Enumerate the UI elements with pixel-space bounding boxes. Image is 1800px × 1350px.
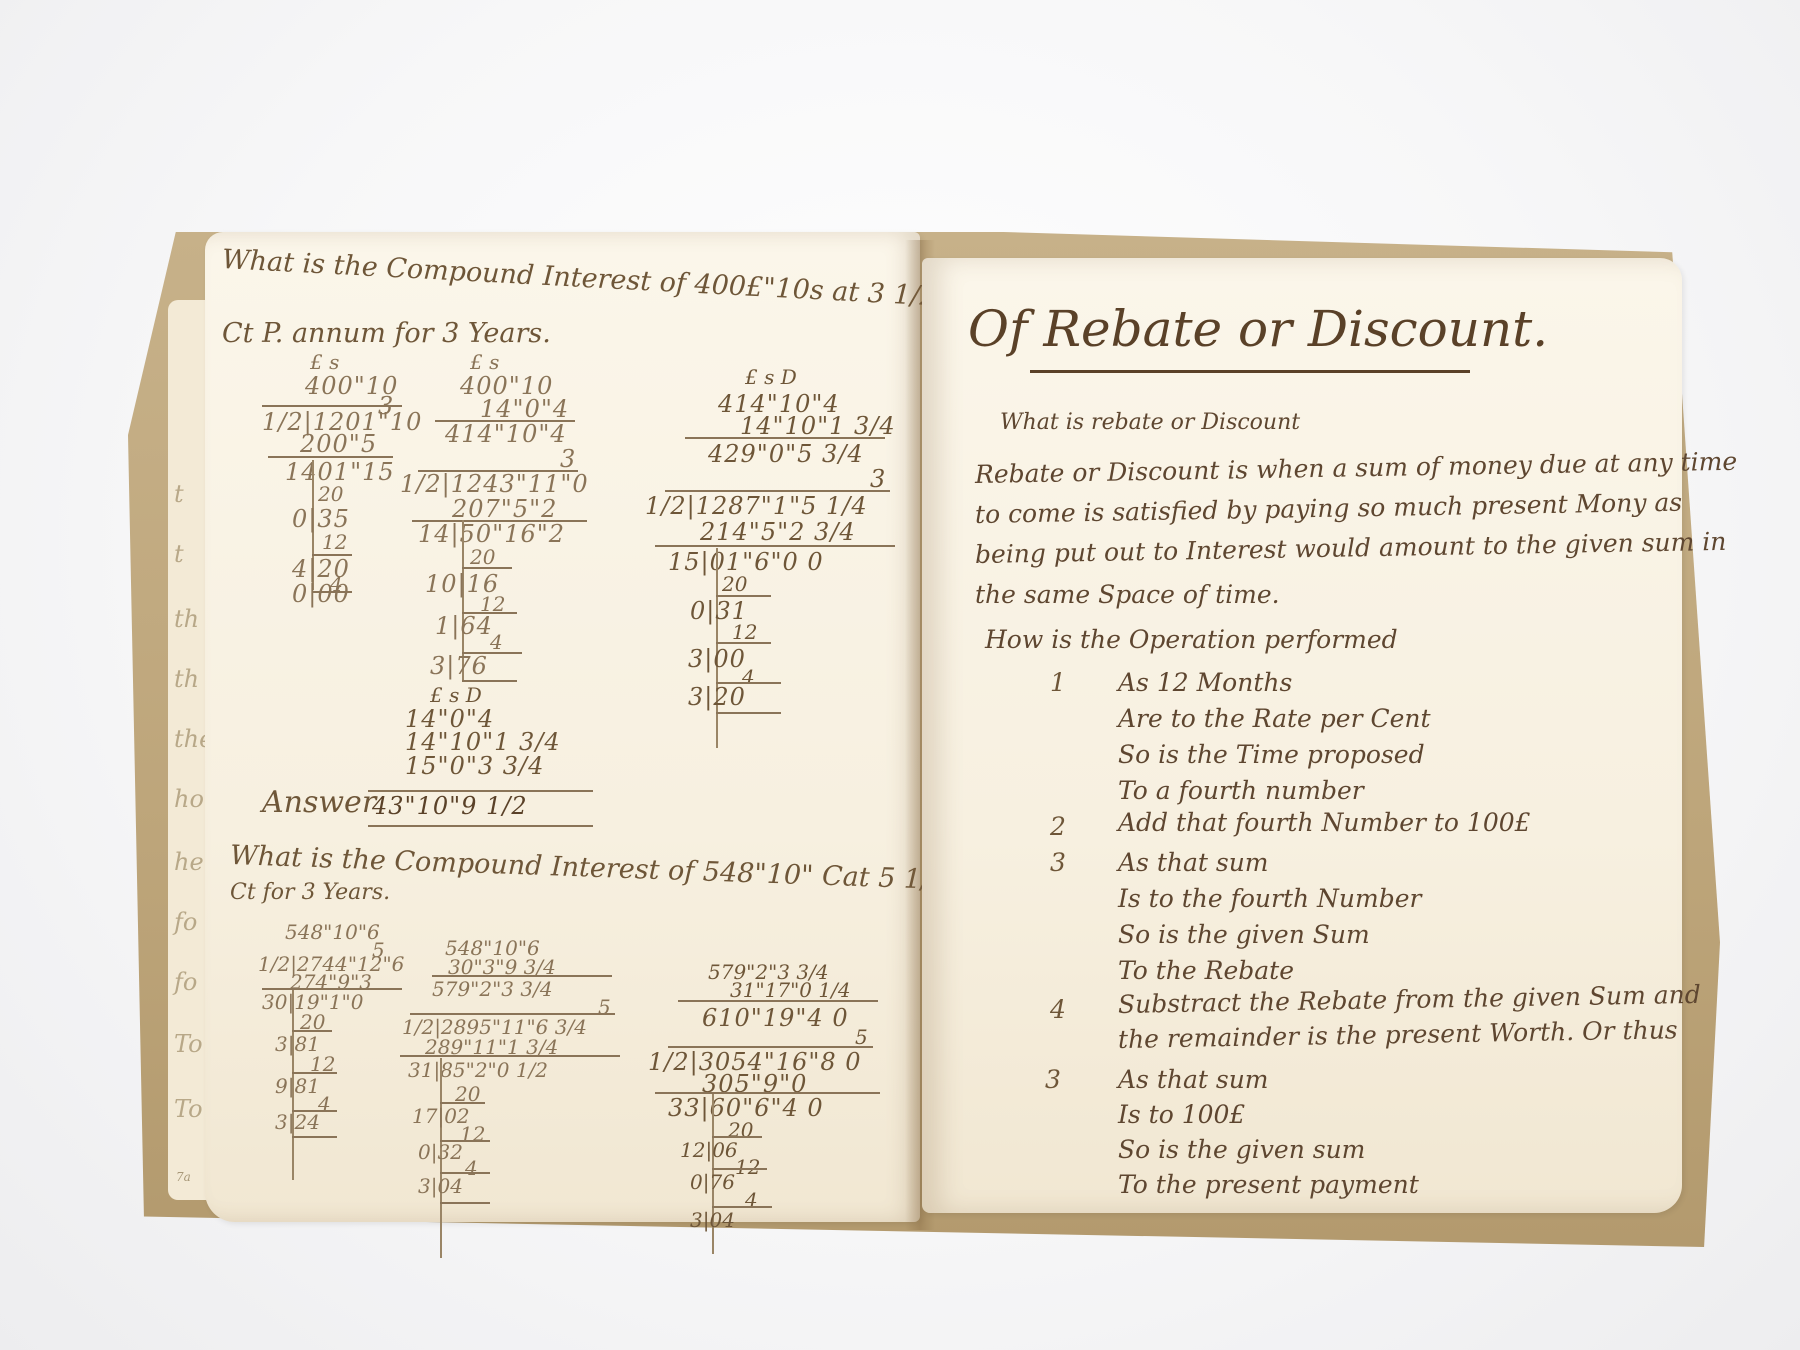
column-header: £ s — [470, 350, 499, 374]
calc-row: 3|20 — [688, 683, 746, 711]
operation-heading: How is the Operation performed — [985, 625, 1398, 654]
step-number: 2 — [1050, 812, 1066, 841]
step-line: So is the given Sum — [1118, 920, 1370, 949]
calc-row: 1|64 — [435, 612, 493, 640]
step-line: As 12 Months — [1118, 668, 1292, 697]
step-number: 1 — [1050, 668, 1066, 697]
step-line: To a fourth number — [1118, 776, 1364, 805]
ghost-fragment: th — [174, 665, 199, 693]
calc-row: 548"10"6 — [285, 920, 380, 944]
calc-row: 12 — [732, 620, 757, 644]
step-line: Is to the fourth Number — [1118, 884, 1421, 913]
calc-row: 20 — [318, 482, 343, 506]
rebate-question: What is rebate or Discount — [1000, 410, 1300, 435]
calc-row: 12 — [460, 1122, 485, 1146]
calc-row: 20 — [722, 572, 747, 596]
problem-1-question-line-2: Ct P. annum for 3 Years. — [222, 318, 551, 349]
ghost-fragment: fo — [174, 908, 197, 936]
calc-row: 610"19"4 0 — [702, 1004, 849, 1032]
calc-row: 0|00 — [292, 580, 350, 608]
calc-row: 3|76 — [430, 652, 488, 680]
step-line: Is to 100£ — [1118, 1100, 1245, 1129]
step-line: To the Rebate — [1118, 956, 1294, 985]
calc-row: 3|00 — [688, 645, 746, 673]
calc-row: 1/2|1287"1"5 1/4 — [645, 492, 868, 520]
step-line: As that sum — [1118, 848, 1269, 877]
calc-row: 14"0"4 — [480, 395, 569, 423]
calc-row: 214"5"2 3/4 — [700, 518, 856, 546]
ghost-fragment: he — [174, 848, 204, 876]
calc-row: 5 — [598, 995, 611, 1019]
calc-row: 207"5"2 — [452, 495, 557, 523]
calc-row: 579"2"3 3/4 — [432, 977, 553, 1001]
step-line: As that sum — [1118, 1065, 1269, 1094]
column-header: £ s D — [745, 365, 797, 389]
calc-row: 1/2|1243"11"0 — [400, 470, 589, 498]
calc-row: 12 — [322, 530, 347, 554]
step-line: Are to the Rate per Cent — [1118, 704, 1431, 733]
calc-row: 0|35 — [292, 505, 350, 533]
calc-row: 4 — [745, 1188, 758, 1212]
calc-row: 3 — [870, 465, 886, 493]
calc-row: 4 — [490, 630, 503, 654]
calc-row: 0|32 — [418, 1140, 463, 1164]
title-underline — [1030, 370, 1470, 373]
answer-value: 43"10"9 1/2 — [372, 792, 528, 820]
right-page — [922, 258, 1682, 1213]
calc-row: 200"5 — [300, 430, 377, 458]
summary-row: 15"0"3 3/4 — [405, 752, 544, 780]
ghost-fragment: th — [174, 605, 199, 633]
step-line: So is the Time proposed — [1118, 740, 1425, 769]
step-number: 4 — [1050, 995, 1066, 1024]
calc-row: 31"17"0 1/4 — [730, 978, 851, 1002]
calc-row: 3|04 — [690, 1208, 735, 1232]
calc-row: 429"0"5 3/4 — [708, 440, 864, 468]
answer-label: Answer — [262, 785, 376, 820]
calc-row: 9|81 — [275, 1074, 320, 1098]
problem-2-question-line-2: Ct for 3 Years. — [230, 880, 390, 905]
definition-line: the same Space of time. — [975, 580, 1280, 609]
ghost-fragment: To — [174, 1095, 203, 1123]
calc-row: 414"10"4 — [445, 420, 567, 448]
ghost-fragment: t — [174, 540, 184, 568]
calc-row: 12|06 — [680, 1138, 738, 1162]
calc-row: 31|85"2"0 1/2 — [408, 1058, 548, 1082]
ghost-fragment: fo — [174, 968, 197, 996]
ghost-fragment: To — [174, 1030, 203, 1058]
calc-row: 12 — [735, 1155, 760, 1179]
section-title: Of Rebate or Discount. — [968, 300, 1548, 358]
column-header: £ s D — [430, 683, 482, 707]
ghost-fragment: t — [174, 480, 184, 508]
calc-row: 14"10"1 3/4 — [740, 412, 896, 440]
step-line: So is the given sum — [1118, 1135, 1365, 1164]
calc-row: 3 — [560, 445, 576, 473]
calc-row: 0|76 — [690, 1170, 735, 1194]
calc-row: 14|50"16"2 — [418, 520, 565, 548]
step-line: Add that fourth Number to 100£ — [1118, 808, 1531, 837]
calc-row: 3|04 — [418, 1174, 463, 1198]
step-line: To the present payment — [1118, 1170, 1419, 1199]
page-folio: 7a — [176, 1170, 191, 1184]
step-number: 3 — [1045, 1065, 1061, 1094]
column-header: £ s — [310, 350, 339, 374]
calc-row: 20 — [470, 545, 495, 569]
calc-row: 4 — [465, 1156, 478, 1180]
calc-row: 3|24 — [275, 1110, 320, 1134]
step-number: 3 — [1050, 848, 1066, 877]
